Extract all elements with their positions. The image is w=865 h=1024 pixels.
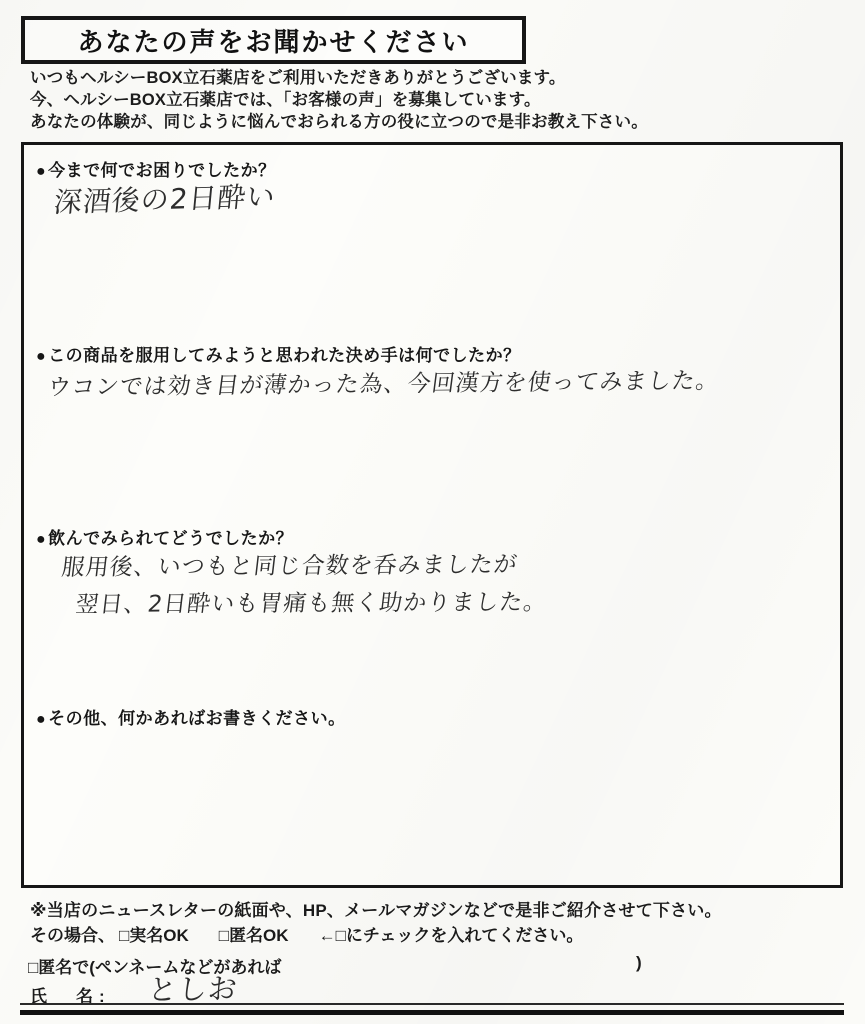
name-underline — [20, 1003, 844, 1005]
handwritten-answer-1: 深酒後の2日酔い — [52, 175, 278, 221]
intro-line: あなたの体験が、同じように悩んでおられる方の役に立つので是非お教え下さい。 — [30, 111, 648, 133]
newsletter-note: ※当店のニュースレターの紙面や、HP、メールマガジンなどで是非ご紹介させて下さい… — [30, 896, 722, 921]
question-4-label: ●その他、何かあればお書きください。 — [36, 704, 346, 729]
question-2-text: この商品を服用してみようと思われた決め手は何でしたか？ — [48, 346, 521, 365]
pen-name-checkbox-icon: □ — [28, 958, 38, 977]
anonymous-ok-option: □匿名OK — [219, 921, 289, 946]
real-name-ok-label: 実名OK — [129, 926, 189, 945]
consent-row: その場合、□実名OK□匿名OK←□にチェックを入れてください。 — [30, 921, 583, 946]
consent-prefix: その場合、 — [30, 926, 115, 945]
bullet-icon: ● — [36, 348, 46, 365]
intro-text: いつもヘルシーBOX立石薬店をご利用いただきありがとうございます。 今、ヘルシー… — [30, 67, 648, 133]
questions-box: ●今まで何でお困りでしたか？ 深酒後の2日酔い ●この商品を服用してみようと思わ… — [21, 142, 843, 888]
form-title-box: あなたの声をお聞かせください — [21, 16, 526, 64]
intro-line: 今、ヘルシーBOX立石薬店では、「お客様の声」を募集しています。 — [30, 89, 648, 111]
question-4-text: その他、何かあればお書きください。 — [48, 709, 346, 728]
check-instruction: ←□にチェックを入れてください。 — [319, 926, 584, 945]
real-name-ok-option: □実名OK — [119, 921, 189, 946]
intro-line: いつもヘルシーBOX立石薬店をご利用いただきありがとうございます。 — [30, 67, 648, 89]
bullet-icon: ● — [36, 711, 46, 728]
question-3-label: ●飲んでみられてどうでしたか？ — [36, 524, 293, 549]
real-name-checkbox-icon: □ — [119, 926, 129, 945]
anonymous-checkbox-icon: □ — [219, 926, 229, 945]
question-3-text: 飲んでみられてどうでしたか？ — [48, 529, 293, 548]
pen-name-close-paren: ) — [636, 953, 642, 973]
handwritten-answer-2: ウコンでは効き目が薄かった為、今回漢方を使ってみました。 — [46, 362, 722, 402]
question-2-label: ●この商品を服用してみようと思われた決め手は何でしたか？ — [36, 341, 521, 366]
form-title: あなたの声をお聞かせください — [77, 22, 469, 59]
bullet-icon: ● — [36, 531, 46, 548]
handwritten-answer-3-line-1: 服用後、いつもと同じ合数を呑みましたが — [60, 546, 520, 582]
scanned-feedback-form: あなたの声をお聞かせください いつもヘルシーBOX立石薬店をご利用いただきありが… — [0, 0, 865, 1024]
bullet-icon: ● — [36, 163, 46, 180]
anonymous-ok-label: 匿名OK — [229, 926, 289, 945]
bottom-rule — [20, 1010, 844, 1015]
handwritten-answer-3-line-2: 翌日、2日酔いも胃痛も無く助かりました。 — [74, 584, 550, 619]
